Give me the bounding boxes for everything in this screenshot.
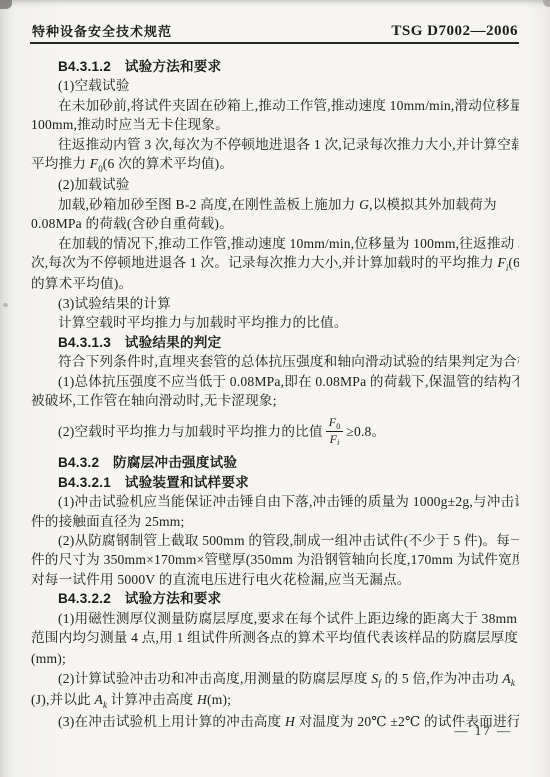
section-heading: B4.3.2.1 试验装置和试样要求	[31, 473, 519, 492]
document-page: 特种设备安全技术规范 TSG D7002—2006 B4.3.1.2 试验方法和…	[0, 0, 550, 777]
text-line: 加载,砂箱加砂至图 B-2 高度,在刚性盖板上施加力 G,以模拟其外加载荷为	[31, 195, 519, 214]
text-segment: ,以模拟其外加载荷为	[369, 197, 497, 212]
text-segment: (J),并以此	[31, 692, 95, 707]
text-segment: 对每一试件用 5000V 的直流电压进行电火花检漏,应当无漏点。	[31, 572, 411, 587]
doc-number: TSG D7002—2006	[391, 23, 518, 40]
text-segment: (2)空载时平均推力与加载时平均推力的比值	[58, 422, 323, 441]
text-line: 件的接触面直径为 25mm;	[31, 512, 519, 531]
document-lines: B4.3.1.2 试验方法和要求(1)空载试验在未加砂前,将试件夹固在砂箱上,推…	[0, 44, 550, 731]
text-segment: (mm);	[31, 651, 66, 666]
math-symbol: H	[285, 714, 295, 729]
text-segment: ≥0.8。	[346, 422, 385, 441]
text-segment: 的算术平均值)。	[31, 276, 132, 291]
math-symbol: f	[378, 678, 381, 688]
text-line: (1)冲击试验机应当能保证冲击锤自由下落,冲击锤的质量为 1000g±2g,与冲…	[31, 492, 519, 511]
text-segment: 往返推动内管 3 次,每次为不停顿地进退各 1 次,记录每次推力大小,并计算空载…	[58, 137, 519, 152]
text-line: (3)在冲击试验机上用计算的冲击高度 H 对温度为 20℃ ±2℃ 的试件表面进…	[31, 712, 519, 731]
text-line: 符合下列条件时,直埋夹套管的总体抗压强度和轴向滑动试验的结果判定为合格:	[31, 352, 519, 371]
text-segment: 被破坏,工作管在轴向滑动时,无卡涩现象;	[31, 393, 277, 408]
text-segment: B4.3.1.3 试验结果的判定	[58, 335, 221, 350]
text-segment: 的 5 倍,作为冲击功	[381, 671, 503, 686]
math-symbol: k	[103, 700, 107, 710]
text-line: 计算空载时平均推力与加载时平均推力的比值。	[31, 313, 519, 332]
text-segment: 100mm,推动时应当无卡住现象。	[31, 117, 229, 132]
text-line: (2)从防腐钢制管上截取 500mm 的管段,制成一组冲击试件(不少于 5 件)…	[31, 531, 519, 550]
text-segment: (m);	[207, 692, 231, 707]
text-segment: B4.3.2.2 试验方法和要求	[58, 591, 221, 606]
text-line: 在加载的情况下,推动工作管,推动速度 10mm/min,位移量为 100mm,往…	[31, 234, 519, 253]
text-line: 对每一试件用 5000V 的直流电压进行电火花检漏,应当无漏点。	[31, 570, 519, 589]
text-segment: (3)试验结果的计算	[58, 296, 171, 311]
text-line: (2)加载试验	[31, 175, 519, 194]
text-line: 往返推动内管 3 次,每次为不停顿地进退各 1 次,记录每次推力大小,并计算空载…	[31, 135, 519, 154]
text-segment: (6 次的算术平均值)。	[103, 156, 233, 171]
text-segment: (2)加载试验	[58, 177, 130, 192]
text-line: 被破坏,工作管在轴向滑动时,无卡涩现象;	[31, 391, 519, 410]
math-symbol: A	[95, 692, 104, 707]
text-line: 件的尺寸为 350mm×170mm×管壁厚(350mm 为沿钢管轴向长度,170…	[31, 550, 519, 569]
text-segment: (1)用磁性测厚仪测量防腐层厚度,要求在每个试件上距边缘的距离大于 38mm 的	[58, 611, 519, 626]
section-heading: B4.3.2.2 试验方法和要求	[31, 589, 519, 608]
section-heading: B4.3.2 防腐层冲击强度试验	[31, 453, 519, 472]
text-segment: B4.3.2 防腐层冲击强度试验	[58, 455, 237, 470]
text-segment: 在加载的情况下,推动工作管,推动速度 10mm/min,位移量为 100mm,往…	[58, 236, 519, 251]
text-segment: (1)冲击试验机应当能保证冲击锤自由下落,冲击锤的质量为 1000g±2g,与冲…	[58, 494, 519, 509]
text-segment: (3)在冲击试验机上用计算的冲击高度	[58, 714, 285, 729]
page-header: 特种设备安全技术规范 TSG D7002—2006	[0, 0, 550, 40]
math-symbol: k	[511, 678, 515, 688]
fraction-denominator: Fi	[330, 432, 340, 447]
text-line: 的算术平均值)。	[31, 274, 519, 293]
fraction-numerator: F0	[326, 416, 344, 432]
text-segment: 计算空载时平均推力与加载时平均推力的比值。	[58, 315, 348, 330]
math-symbol: H	[197, 692, 207, 707]
text-segment: 在未加砂前,将试件夹固在砂箱上,推动工作管,推动速度 10mm/min,滑动位移…	[58, 98, 519, 113]
math-symbol: F	[497, 255, 506, 270]
text-segment: 平均推力	[31, 156, 90, 171]
text-line: 0.08MPa 的荷载(含砂自重荷载)。	[31, 214, 519, 233]
text-segment: 符合下列条件时,直埋夹套管的总体抗压强度和轴向滑动试验的结果判定为合格:	[58, 354, 519, 369]
text-segment: B4.3.1.2 试验方法和要求	[58, 59, 221, 74]
text-line: 次,每次为不停顿地进退各 1 次。记录每次推力大小,并计算加载时的平均推力 Fi…	[31, 253, 519, 274]
text-line: 平均推力 F0(6 次的算术平均值)。	[31, 154, 519, 175]
formula-line: (2)空载时平均推力与加载时平均推力的比值F0Fi≥0.8。	[31, 411, 519, 451]
text-line: (mm);	[31, 649, 519, 668]
fraction: F0Fi	[326, 416, 344, 447]
text-line: 100mm,推动时应当无卡住现象。	[31, 115, 519, 134]
text-segment: (2)从防腐钢制管上截取 500mm 的管段,制成一组冲击试件(不少于 5 件)…	[58, 533, 519, 548]
scan-artifact	[3, 303, 8, 307]
text-line: (2)计算试验冲击功和冲击高度,用测量的防腐层厚度 Sf 的 5 倍,作为冲击功…	[31, 669, 519, 690]
page-number: — 17 —	[455, 723, 513, 739]
text-line: 在未加砂前,将试件夹固在砂箱上,推动工作管,推动速度 10mm/min,滑动位移…	[31, 96, 519, 115]
text-segment: 0.08MPa 的荷载(含砂自重荷载)。	[31, 216, 233, 231]
text-line: (3)试验结果的计算	[31, 294, 519, 313]
text-line: (1)空载试验	[31, 76, 519, 95]
doc-category-title: 特种设备安全技术规范	[32, 21, 172, 40]
text-segment: B4.3.2.1 试验装置和试样要求	[58, 475, 249, 490]
text-line: (1)总体抗压强度不应当低于 0.08MPa,即在 0.08MPa 的荷载下,保…	[31, 372, 519, 391]
section-heading: B4.3.1.2 试验方法和要求	[31, 57, 519, 76]
text-line: (1)用磁性测厚仪测量防腐层厚度,要求在每个试件上距边缘的距离大于 38mm 的	[31, 609, 519, 628]
text-segment: (2)计算试验冲击功和冲击高度,用测量的防腐层厚度	[58, 671, 371, 686]
text-segment: 加载,砂箱加砂至图 B-2 高度,在刚性盖板上施加力	[58, 197, 359, 212]
math-symbol: i	[337, 438, 339, 447]
text-segment: 件的尺寸为 350mm×170mm×管壁厚(350mm 为沿钢管轴向长度,170…	[31, 552, 519, 567]
text-segment: 件的接触面直径为 25mm;	[31, 514, 184, 529]
math-symbol: G	[359, 197, 369, 212]
text-segment: (1)总体抗压强度不应当低于 0.08MPa,即在 0.08MPa 的荷载下,保…	[58, 374, 519, 389]
text-line: (J),并以此 Ak 计算冲击高度 H(m);	[31, 690, 519, 711]
text-segment: 次,每次为不停顿地进退各 1 次。记录每次推力大小,并计算加载时的平均推力	[31, 255, 497, 270]
text-line: 范围内均匀测量 4 点,用 1 组试件所测各点的算术平均值代表该样品的防腐层厚度…	[31, 628, 519, 649]
text-segment: 计算冲击高度	[107, 692, 197, 707]
text-segment: 0	[98, 164, 103, 174]
text-segment: (1)空载试验	[58, 78, 130, 93]
text-segment: 0	[336, 422, 340, 431]
math-symbol: A	[502, 671, 511, 686]
section-heading: B4.3.1.3 试验结果的判定	[31, 333, 519, 352]
text-segment: 范围内均匀测量 4 点,用 1 组试件所测各点的算术平均值代表该样品的防腐层厚度	[31, 630, 519, 645]
text-segment: (6 次	[508, 255, 519, 270]
